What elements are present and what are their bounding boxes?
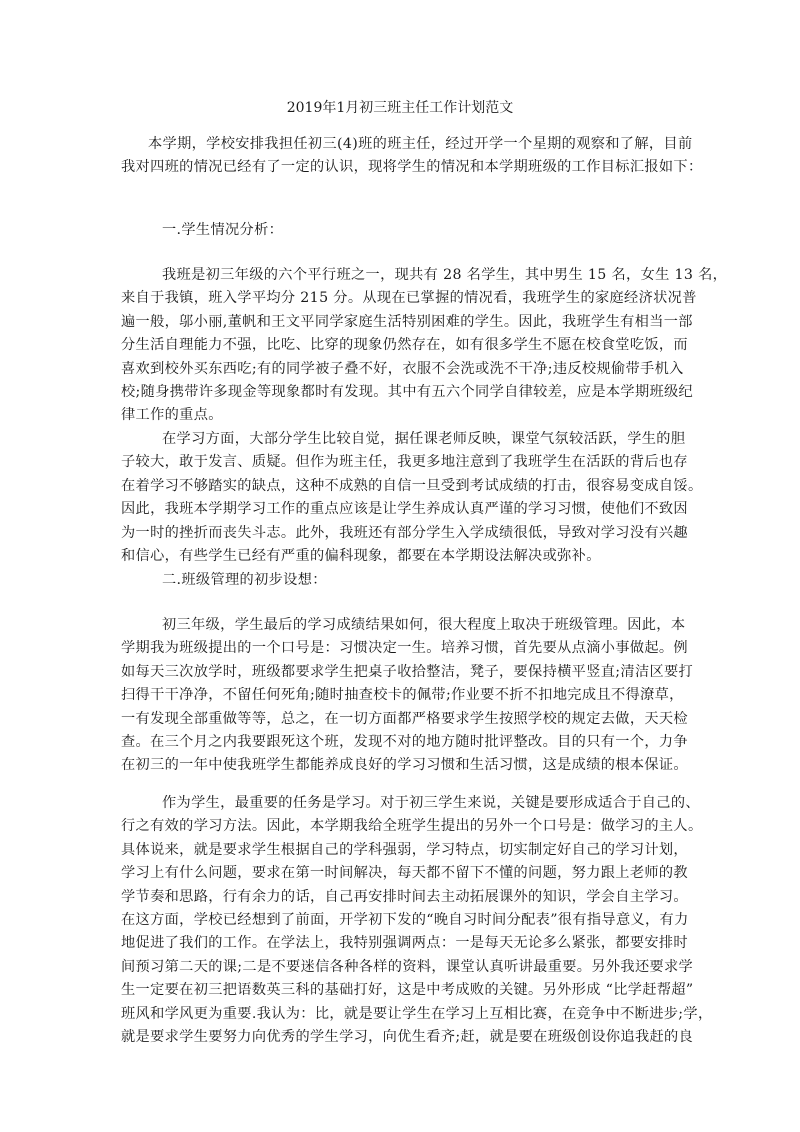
text-line: 分生活自理能力不强，比吃、比穿的现象仍然存在，如有很多学生不愿在校食堂吃饭，而	[121, 334, 701, 357]
section2-paragraph-1: 初三年级，学生最后的学习成绩结果如何，很大程度上取决于班级管理。因此，本 学期我…	[121, 614, 701, 778]
text-line: 我对四班的情况已经有了一定的认识，现将学生的情况和本学期班级的工作目标汇报如下：	[121, 156, 701, 179]
text-line: 学期我为班级提出的一个口号是：习惯决定一生。培养习惯，首先要从点滴小事做起。例	[121, 637, 701, 660]
text-line: 班风和学风更为重要.我认为：比，就是要让学生在学习上互相比赛，在竞争中不断进步;…	[121, 1003, 701, 1026]
text-line: 初三年级，学生最后的学习成绩结果如何，很大程度上取决于班级管理。因此，本	[121, 614, 701, 637]
section1-paragraph-1: 我班是初三年级的六个平行班之一，现共有 28 名学生，其中男生 15 名，女生 …	[121, 264, 701, 428]
section-heading-1: 一.学生情况分析：	[121, 219, 701, 242]
text-line: 学习上有什么问题，要求在第一时间解决，每天都不留下不懂的问题，努力跟上老师的教	[121, 862, 701, 885]
text-line: 律工作的重点。	[121, 404, 701, 427]
document-page: 2019年1月初三班主任工作计划范文 本学期，学校安排我担任初三(4)班的班主任…	[0, 0, 800, 1132]
text-line: 就是要求学生要努力向优秀的学生学习，向优生看齐;赶，就是要在班级创设你追我赶的良	[121, 1026, 701, 1049]
text-line: 遍一般，邬小丽,董帆和王文平同学家庭生活特别困难的学生。因此，我班学生有相当一部	[121, 311, 701, 334]
document-title: 2019年1月初三班主任工作计划范文	[0, 98, 800, 118]
text-line: 具体说来，就是要求学生根据自己的学科强弱，学习特点，切实制定好自己的学习计划，	[121, 839, 701, 862]
text-line: 间预习第二天的课;二是不要迷信各种各样的资料，课堂认真听讲最重要。另外我还要求学	[121, 956, 701, 979]
text-line: 如每天三次放学时，班级都要求学生把桌子收拾整洁，凳子，要保持横平竖直;清洁区要打	[121, 661, 701, 684]
text-line: 地促进了我们的工作。在学法上，我特别强调两点：一是每天无论多么紧张，都要安排时	[121, 932, 701, 955]
text-line: 子较大，敢于发言、质疑。但作为班主任，我更多地注意到了我班学生在活跃的背后也存	[121, 451, 701, 474]
text-line: 因此，我班本学期学习工作的重点应该是让学生养成认真严谨的学习习惯，使他们不致因	[121, 498, 701, 521]
section-heading-text: 二.班级管理的初步设想：	[121, 569, 701, 592]
text-line: 生一定要在初三把语数英三科的基础打好，这是中考成败的关键。另外形成 “比学赶帮超…	[121, 979, 701, 1002]
text-line: 查。在三个月之内我要跟死这个班，发现不对的地方随时批评整改。目的只有一个，力争	[121, 731, 701, 754]
text-line: 和信心，有些学生已经有严重的偏科现象，都要在本学期设法解决或弥补。	[121, 545, 701, 568]
section-heading-2: 二.班级管理的初步设想：	[121, 569, 701, 592]
section1-paragraph-2: 在学习方面，大部分学生比较自觉，据任课老师反映，课堂气氛较活跃，学生的胆 子较大…	[121, 428, 701, 568]
text-line: 学节奏和思路，行有余力的话，自己再安排时间去主动拓展课外的知识，学会自主学习。	[121, 886, 701, 909]
text-line: 我班是初三年级的六个平行班之一，现共有 28 名学生，其中男生 15 名，女生 …	[121, 264, 701, 287]
intro-paragraph: 本学期，学校安排我担任初三(4)班的班主任，经过开学一个星期的观察和了解，目前 …	[121, 133, 701, 180]
text-line: 在这方面，学校已经想到了前面，开学初下发的“晚自习时间分配表”很有指导意义，有力	[121, 909, 701, 932]
text-line: 来自于我镇，班入学平均分 215 分。从现在已掌握的情况看，我班学生的家庭经济状…	[121, 287, 701, 310]
text-line: 在着学习不够踏实的缺点，这种不成熟的自信一旦受到考试成绩的打击，很容易变成自馁。	[121, 475, 701, 498]
section2-paragraph-2: 作为学生，最重要的任务是学习。对于初三学生来说，关键是要形成适合于自己的、 行之…	[121, 792, 701, 1049]
text-line: 在学习方面，大部分学生比较自觉，据任课老师反映，课堂气氛较活跃，学生的胆	[121, 428, 701, 451]
text-line: 作为学生，最重要的任务是学习。对于初三学生来说，关键是要形成适合于自己的、	[121, 792, 701, 815]
section-heading-text: 一.学生情况分析：	[121, 219, 701, 242]
text-line: 在初三的一年中使我班学生都能养成良好的学习习惯和生活习惯，这是成绩的根本保证。	[121, 754, 701, 777]
text-line: 本学期，学校安排我担任初三(4)班的班主任，经过开学一个星期的观察和了解，目前	[121, 133, 701, 156]
text-line: 一有发现全部重做等等，总之，在一切方面都严格要求学生按照学校的规定去做，天天检	[121, 708, 701, 731]
text-line: 喜欢到校外买东西吃;有的同学被子叠不好，衣服不会洗或洗不干净;违反校规偷带手机入	[121, 358, 701, 381]
text-line: 行之有效的学习方法。因此，本学期我给全班学生提出的另外一个口号是：做学习的主人。	[121, 815, 701, 838]
text-line: 扫得干干净净，不留任何死角;随时抽查校卡的佩带;作业要不折不扣地完成且不得潦草，	[121, 684, 701, 707]
text-line: 为一时的挫折而丧失斗志。此外，我班还有部分学生入学成绩很低，导致对学习没有兴趣	[121, 522, 701, 545]
text-line: 校;随身携带许多现金等现象都时有发现。其中有五六个同学自律较差，应是本学期班级纪	[121, 381, 701, 404]
